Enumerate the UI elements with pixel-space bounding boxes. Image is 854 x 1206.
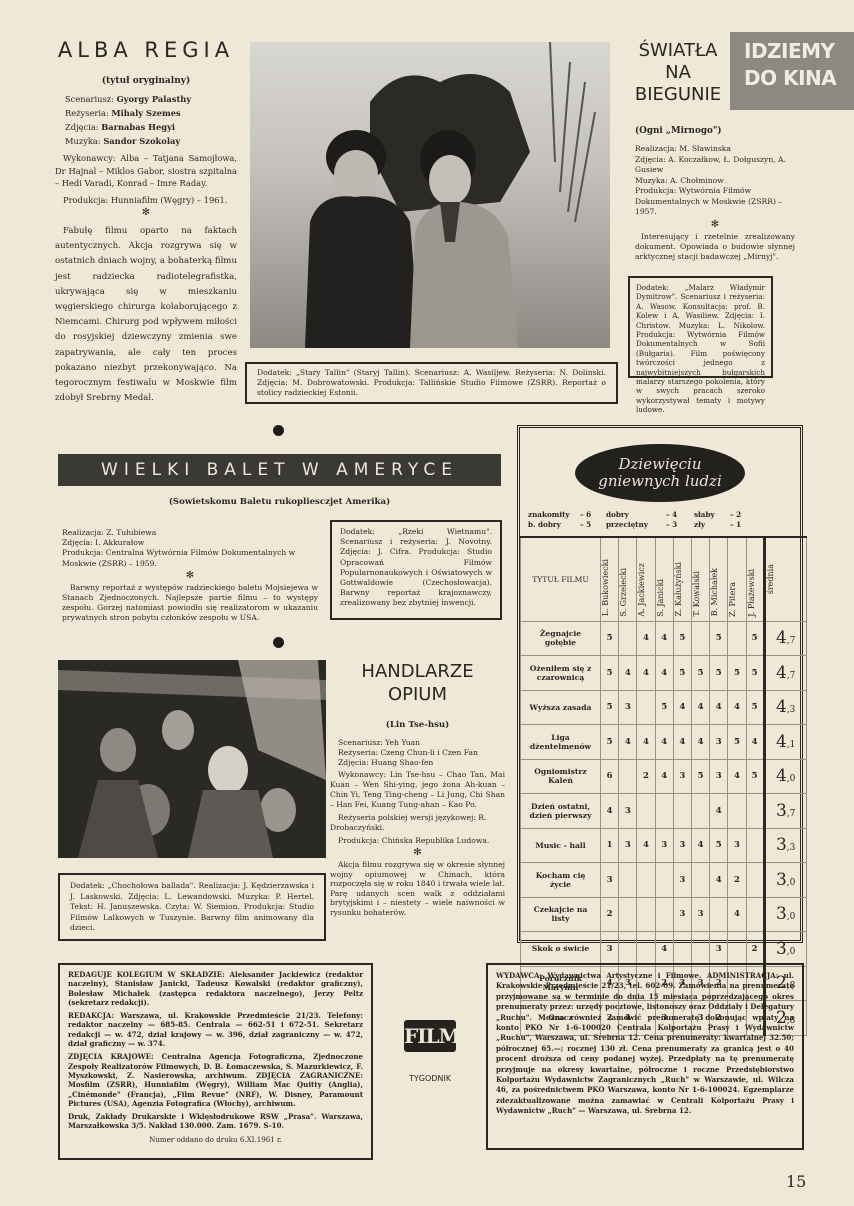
swiatla-title-block: ŚWIATŁA NA BIEGUNIE	[628, 40, 728, 106]
score-cell: 5	[746, 759, 764, 794]
score-cell: 2	[637, 759, 655, 794]
film-title-cell: Ogniomistrz Kaleń	[521, 759, 601, 794]
alba-regia-subtitle: (tytuł oryginalny)	[55, 76, 237, 86]
score-cell: 4	[691, 690, 709, 725]
score-cell	[691, 621, 709, 656]
idziemy-do-kina-header: IDZIEMY DO KINA	[730, 32, 854, 110]
photo-credits: ZDJĘCIA KRAJOWE: Centralna Agencja Fotog…	[68, 1052, 363, 1108]
wielki-balet-title-bar: WIELKI BALET W AMERYCE	[58, 454, 501, 486]
ratings-row: Kocham cię życie33423,0	[521, 863, 807, 898]
score-cell: 4	[655, 932, 673, 967]
wielki-balet-article: Realizacja: Z. Tułubiewa Zdjęcia: I. Akk…	[62, 528, 318, 624]
score-cell: 3	[619, 828, 637, 863]
score-cell: 3	[673, 828, 691, 863]
score-cell	[637, 897, 655, 932]
score-cell: 4	[710, 794, 728, 829]
score-cell	[619, 759, 637, 794]
critic-header: A. Jackiewicz	[637, 537, 655, 621]
score-cell: 5	[746, 656, 764, 691]
average-cell: 3,0	[764, 863, 806, 898]
score-cell: 4	[655, 759, 673, 794]
malarz-text: Dodatek: „Malarz Władymir Dymitrow". Sce…	[636, 283, 765, 415]
score-cell	[655, 794, 673, 829]
alba-regia-credits: Scenariusz: Gyorgy Palasthy Reżyseria: M…	[55, 92, 237, 148]
score-cell	[637, 794, 655, 829]
editorial-board: REDAGUJE KOLEGIUM W SKŁADZIE: Aleksander…	[68, 970, 363, 1007]
wielki-balet-subtitle: (Sowietskomu Baletu rukopliesczjet Ameri…	[58, 497, 501, 507]
score-cell	[619, 863, 637, 898]
film-title-cell: Music - hall	[521, 828, 601, 863]
score-cell: 5	[746, 621, 764, 656]
print-date: Numer oddano do druku 6.XI.1961 r.	[68, 1135, 363, 1144]
score-cell: 5	[710, 828, 728, 863]
score-cell: 3	[601, 863, 619, 898]
alba-regia-cast: Wykonawcy: Alba – Tatjana Samojłowa, Dr …	[55, 152, 237, 190]
ratings-row: Liga dżentelmenów5444443544,1	[521, 725, 807, 760]
score-cell: 4	[710, 690, 728, 725]
score-cell: 4	[673, 725, 691, 760]
rzeki-text: Dodatek: „Rzeki Wietnamu". Scenariusz i …	[340, 527, 492, 609]
score-cell	[673, 932, 691, 967]
column-label-line2: DO KINA	[744, 65, 854, 92]
editorial-address: REDAKCJA: Warszawa, ul. Krakowskie Przed…	[68, 1011, 363, 1048]
handlarze-polish-version: Reżyseria polskiej wersji językowej: R. …	[330, 813, 505, 833]
swiatla-title-line: BIEGUNIE	[628, 84, 728, 106]
alba-regia-title: ALBA REGIA	[55, 38, 237, 62]
score-cell	[728, 621, 746, 656]
film-logo: FILM	[404, 1020, 456, 1052]
handlarze-title-block: HANDLARZE OPIUM	[330, 660, 505, 706]
score-cell: 3	[710, 932, 728, 967]
handlarze-cast: Wykonawcy: Lin Tse-hsu – Chao Tan, Mai K…	[330, 770, 505, 810]
score-cell: 3	[710, 759, 728, 794]
credit-line: Muzyka: Sandor Szokolay	[65, 134, 237, 148]
ratings-title-line2: gniewnych ludzi	[575, 473, 745, 490]
ratings-row: Czekajcie na listy23343,0	[521, 897, 807, 932]
score-cell	[746, 794, 764, 829]
swiatla-review: Interesujący i rzetelnie zrealizowany do…	[635, 232, 795, 263]
score-cell: 5	[691, 759, 709, 794]
score-cell	[746, 897, 764, 932]
score-cell: 5	[601, 621, 619, 656]
ratings-row: Skok o świcie34323,0	[521, 932, 807, 967]
score-cell: 3	[655, 828, 673, 863]
score-cell: 5	[728, 656, 746, 691]
handlarze-review: Akcja filmu rozgrywa się w okresie słynn…	[330, 860, 505, 918]
score-cell	[637, 690, 655, 725]
score-cell: 4	[655, 656, 673, 691]
credit-line: Scenariusz: Gyorgy Palasthy	[65, 92, 237, 106]
score-cell	[655, 897, 673, 932]
score-cell	[655, 863, 673, 898]
critic-header: Z. Pitera	[728, 537, 746, 621]
ratings-row: Dzień ostatni, dzień pierwszy4343,7	[521, 794, 807, 829]
score-cell	[619, 897, 637, 932]
score-cell: 4	[637, 621, 655, 656]
ratings-table: TYTUŁ FILMU L. Bukowiecki S. Grzelecki A…	[520, 536, 807, 1036]
chocholowa-text: Dodatek: „Chochołowa ballada". Realizacj…	[70, 881, 314, 934]
score-cell: 3	[710, 725, 728, 760]
score-cell: 4	[619, 725, 637, 760]
score-cell: 5	[710, 656, 728, 691]
score-cell: 4	[655, 621, 673, 656]
swiatla-title-line: ŚWIATŁA	[628, 40, 728, 62]
score-cell: 1	[601, 828, 619, 863]
ratings-row: Music - hall134334533,3	[521, 828, 807, 863]
malarz-addon-box: Dodatek: „Malarz Władymir Dymitrow". Sce…	[628, 276, 773, 378]
asterisk-divider: ✻	[55, 206, 237, 220]
ratings-legend: znakomity– 6 dobry– 4 słaby– 2 b. dobry–…	[520, 502, 800, 530]
score-cell: 2	[601, 897, 619, 932]
section-bullet	[273, 637, 284, 648]
critic-header: Z. Kałużyński	[673, 537, 691, 621]
asterisk-divider: ✻	[330, 846, 505, 860]
score-cell: 5	[728, 725, 746, 760]
score-cell: 5	[746, 690, 764, 725]
average-cell: 4,7	[764, 621, 806, 656]
score-cell	[637, 932, 655, 967]
section-bullet	[273, 425, 284, 436]
score-cell	[619, 932, 637, 967]
average-cell: 3,0	[764, 932, 806, 967]
handlarze-production: Produkcja: Chińska Republika Ludowa.	[330, 836, 505, 846]
score-cell: 4	[637, 828, 655, 863]
ratings-row: Ogniomistrz Kaleń624353454,0	[521, 759, 807, 794]
score-cell	[728, 932, 746, 967]
score-cell	[673, 794, 691, 829]
average-cell: 3,7	[764, 794, 806, 829]
score-cell: 4	[746, 725, 764, 760]
score-cell: 4	[673, 690, 691, 725]
score-cell: 3	[691, 897, 709, 932]
film-title-cell: Ożeniłem się z czarownicą	[521, 656, 601, 691]
average-cell: 3,0	[764, 897, 806, 932]
average-header: średnia	[764, 537, 806, 621]
critic-header: S. Grzelecki	[619, 537, 637, 621]
film-title-cell: Liga dżentelmenów	[521, 725, 601, 760]
ratings-row: Ożeniłem się z czarownicą5444555554,7	[521, 656, 807, 691]
stary-tallin-text: Dodatek: „Stary Tallin" (Staryj Tallin).…	[257, 368, 606, 399]
score-cell: 5	[655, 690, 673, 725]
film-still-alba-regia	[250, 42, 610, 348]
score-cell	[619, 621, 637, 656]
wielki-balet-credits: Realizacja: Z. Tułubiewa Zdjęcia: I. Akk…	[62, 528, 318, 569]
score-cell: 5	[710, 621, 728, 656]
rzeki-addon-box: Dodatek: „Rzeki Wietnamu". Scenariusz i …	[330, 520, 502, 620]
score-cell: 3	[728, 828, 746, 863]
film-title-cell: Skok o świcie	[521, 932, 601, 967]
critic-header: S. Janicki	[655, 537, 673, 621]
alba-regia-review: Fabułę filmu oparto na faktach autentycz…	[55, 224, 237, 406]
score-cell	[691, 794, 709, 829]
editorial-info-box: REDAGUJE KOLEGIUM W SKŁADZIE: Aleksander…	[58, 963, 373, 1160]
alba-regia-production: Produkcja: Hunniafilm (Węgry) – 1961.	[55, 194, 237, 207]
score-cell: 4	[601, 794, 619, 829]
score-cell: 5	[691, 656, 709, 691]
score-cell	[728, 794, 746, 829]
average-cell: 3,3	[764, 828, 806, 863]
score-cell: 4	[691, 725, 709, 760]
asterisk-divider: ✻	[62, 569, 318, 583]
printing-info: Druk, Zakłady Drukarskie i Wklęsłodrukow…	[68, 1112, 363, 1131]
score-cell	[746, 863, 764, 898]
score-cell: 5	[673, 656, 691, 691]
film-title-cell: Kocham cię życie	[521, 863, 601, 898]
film-title-cell: Dzień ostatni, dzień pierwszy	[521, 794, 601, 829]
ratings-panel: Dziewięciu gniewnych ludzi znakomity– 6 …	[517, 425, 803, 943]
score-cell: 5	[601, 690, 619, 725]
score-cell: 2	[746, 932, 764, 967]
score-cell: 2	[728, 863, 746, 898]
handlarze-subtitle: (Lin Tse-hsu)	[330, 720, 505, 730]
ratings-title-line1: Dziewięciu	[575, 456, 745, 473]
wielki-balet-title: WIELKI BALET W AMERYCE	[101, 460, 458, 480]
score-cell: 4	[655, 725, 673, 760]
credit-line: Reżyseria: Mihaly Szemes	[65, 106, 237, 120]
handlarze-title-line: HANDLARZE	[330, 660, 505, 683]
score-cell: 4	[728, 759, 746, 794]
score-cell: 6	[601, 759, 619, 794]
film-title-cell: Żegnajcie gołębie	[521, 621, 601, 656]
swiatla-credits: Realizacja: M. Sławinska Zdjęcia: A. Koc…	[635, 144, 795, 218]
score-cell: 5	[601, 656, 619, 691]
average-cell: 4,0	[764, 759, 806, 794]
score-cell	[710, 897, 728, 932]
critic-header: T. Kowalski	[691, 537, 709, 621]
ratings-title-oval: Dziewięciu gniewnych ludzi	[575, 444, 745, 502]
ratings-header-row: TYTUŁ FILMU L. Bukowiecki S. Grzelecki A…	[521, 537, 807, 621]
alba-regia-article: ALBA REGIA (tytuł oryginalny) Scenariusz…	[55, 38, 237, 406]
weekly-caption: TYGODNIK	[390, 1074, 470, 1083]
asterisk-divider: ✻	[635, 218, 795, 232]
column-label-line1: IDZIEMY	[744, 38, 854, 65]
page-number: 15	[786, 1172, 806, 1191]
ratings-row: Wyższa zasada535444454,3	[521, 690, 807, 725]
score-cell	[691, 863, 709, 898]
average-cell: 4,7	[764, 656, 806, 691]
score-cell: 4	[637, 656, 655, 691]
wielki-balet-review: Barwny reportaż z występów radzieckiego …	[62, 583, 318, 624]
swiatla-title-line: NA	[628, 62, 728, 84]
score-cell: 3	[673, 863, 691, 898]
score-cell: 3	[673, 897, 691, 932]
score-cell: 4	[691, 828, 709, 863]
film-title-cell: Czekajcie na listy	[521, 897, 601, 932]
average-cell: 4,3	[764, 690, 806, 725]
publisher-info-box: WYDAWCA: Wydawnictwa Artystyczne i Filmo…	[486, 963, 804, 1150]
score-cell: 4	[619, 656, 637, 691]
score-cell	[637, 863, 655, 898]
score-cell: 4	[728, 690, 746, 725]
score-cell: 3	[619, 690, 637, 725]
critic-header: J. Płażewski	[746, 537, 764, 621]
publisher-text: WYDAWCA: Wydawnictwa Artystyczne i Filmo…	[496, 971, 794, 1117]
credit-line: Zdjęcia: Barnabas Hegyi	[65, 120, 237, 134]
score-cell: 5	[673, 621, 691, 656]
average-cell: 4,1	[764, 725, 806, 760]
swiatla-subtitle: (Ogni „Mirnogo")	[635, 126, 795, 136]
critic-header: B. Michałek	[710, 537, 728, 621]
handlarze-article: HANDLARZE OPIUM (Lin Tse-hsu) Scenariusz…	[330, 660, 505, 918]
handlarze-credits: Scenariusz: Yeh Yuan Reżyseria: Czeng Ch…	[330, 738, 505, 768]
handlarze-title-line: OPIUM	[330, 683, 505, 706]
score-cell: 4	[637, 725, 655, 760]
stary-tallin-addon-box: Dodatek: „Stary Tallin" (Staryj Tallin).…	[245, 362, 618, 404]
score-cell: 3	[673, 759, 691, 794]
photo-illustration	[250, 42, 610, 348]
film-title-header: TYTUŁ FILMU	[521, 537, 601, 621]
swiatla-article: (Ogni „Mirnogo") Realizacja: M. Sławinsk…	[635, 126, 795, 262]
film-title-cell: Wyższa zasada	[521, 690, 601, 725]
critic-header: L. Bukowiecki	[601, 537, 619, 621]
score-cell	[691, 932, 709, 967]
film-still-handlarze-opium	[58, 660, 326, 858]
score-cell: 4	[710, 863, 728, 898]
chocholowa-addon-box: Dodatek: „Chochołowa ballada". Realizacj…	[58, 873, 326, 941]
photo-illustration	[58, 660, 326, 858]
score-cell: 3	[619, 794, 637, 829]
score-cell	[746, 828, 764, 863]
score-cell: 3	[601, 932, 619, 967]
ratings-row: Żegnajcie gołębie5445554,7	[521, 621, 807, 656]
score-cell: 5	[601, 725, 619, 760]
score-cell: 4	[728, 897, 746, 932]
